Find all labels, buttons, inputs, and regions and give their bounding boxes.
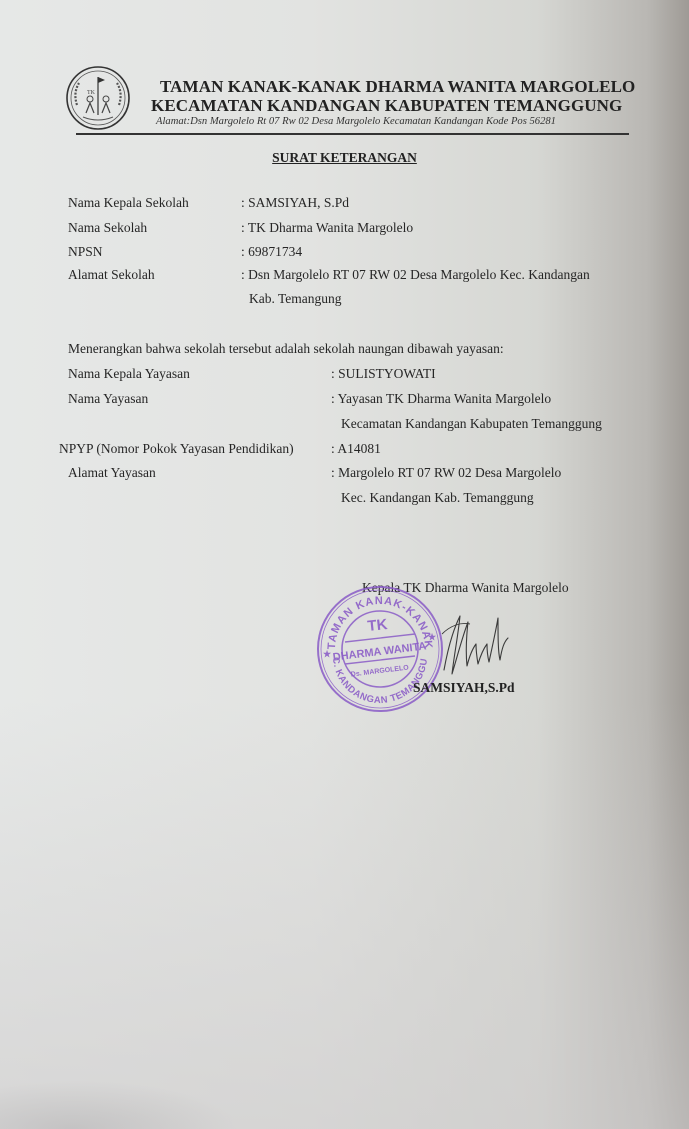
svg-text:★: ★ [323, 649, 332, 659]
letterhead-address: Alamat:Dsn Margolelo Rt 07 Rw 02 Desa Ma… [156, 116, 556, 127]
info-value: : SULISTYOWATI [331, 366, 436, 382]
info-value: : Dsn Margolelo RT 07 RW 02 Desa Margole… [241, 267, 590, 283]
letterhead-line-2: KECAMATAN KANDANGAN KABUPATEN TEMANGGUNG [151, 96, 622, 116]
svg-text:TK: TK [87, 90, 96, 96]
info-value-continued: Kab. Temangung [249, 291, 342, 307]
info-value-continued: Kec. Kandangan Kab. Temanggung [341, 490, 534, 506]
document-page: TK TAMAN KANAK-KANAK DHARMA WANITA MARGO… [0, 0, 689, 1129]
paper-shadow [0, 700, 689, 1129]
info-label: Nama Kepala Yayasan [68, 366, 190, 382]
info-label: Nama Sekolah [68, 220, 147, 236]
svg-text:TK: TK [367, 616, 389, 635]
info-label: Nama Kepala Sekolah [68, 195, 189, 211]
info-label: NPYP (Nomor Pokok Yayasan Pendidikan) [59, 441, 294, 457]
info-label: NPSN [68, 244, 103, 260]
intro-paragraph: Menerangkan bahwa sekolah tersebut adala… [68, 341, 504, 357]
svg-text:★: ★ [428, 632, 437, 642]
info-value: : 69871734 [241, 244, 302, 260]
info-value: : TK Dharma Wanita Margolelo [241, 220, 413, 236]
info-label: Alamat Sekolah [68, 267, 155, 283]
info-value: : Margolelo RT 07 RW 02 Desa Margolelo [331, 465, 561, 481]
letterhead-line-1: TAMAN KANAK-KANAK DHARMA WANITA MARGOLEL… [160, 77, 635, 97]
handwritten-signature [440, 608, 512, 678]
paper-shadow-corner [0, 1080, 240, 1129]
document-title: SURAT KETERANGAN [0, 150, 689, 166]
info-label: Nama Yayasan [68, 391, 148, 407]
info-value: : Yayasan TK Dharma Wanita Margolelo [331, 391, 551, 407]
svg-text:Ds. MARGOLELO: Ds. MARGOLELO [350, 664, 409, 678]
letterhead-divider [76, 133, 629, 135]
signatory-name: SAMSIYAH,S.Pd [413, 680, 515, 696]
info-value: : A14081 [331, 441, 381, 457]
info-value: : SAMSIYAH, S.Pd [241, 195, 349, 211]
info-value-continued: Kecamatan Kandangan Kabupaten Temanggung [341, 416, 602, 432]
info-label: Alamat Yayasan [68, 465, 156, 481]
school-emblem-icon: TK [65, 65, 131, 131]
